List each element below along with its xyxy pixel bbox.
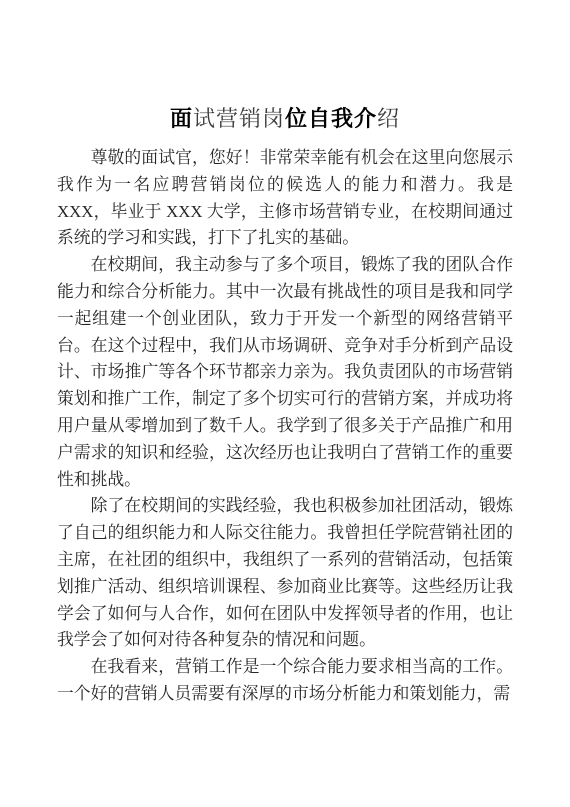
paragraph: 在我看来，营销工作是一个综合能力要求相当高的工作。一个好的营销人员需要有深厚的市… <box>57 654 513 708</box>
paragraph: 尊敬的面试官，您好！非常荣幸能有机会在这里向您展示我作为一名应聘营销岗位的候选人… <box>57 145 513 252</box>
paragraph: 除了在校期间的实践经验，我也积极参加社团活动，锻炼了自己的组织能力和人际交往能力… <box>57 493 513 654</box>
title-segment: 绍 <box>377 106 400 131</box>
paragraph: 在校期间，我主动参与了多个项目，锻炼了我的团队合作能力和综合分析能力。其中一次最… <box>57 252 513 493</box>
document-title: 面试营销岗位自我介绍 <box>57 103 513 134</box>
title-segment: 面 <box>170 106 193 131</box>
document-body: 尊敬的面试官，您好！非常荣幸能有机会在这里向您展示我作为一名应聘营销岗位的候选人… <box>57 145 513 708</box>
title-segment: 位自我介 <box>285 106 377 131</box>
title-segment: 试营销岗 <box>193 106 285 131</box>
document-page: 面试营销岗位自我介绍 尊敬的面试官，您好！非常荣幸能有机会在这里向您展示我作为一… <box>0 0 570 807</box>
